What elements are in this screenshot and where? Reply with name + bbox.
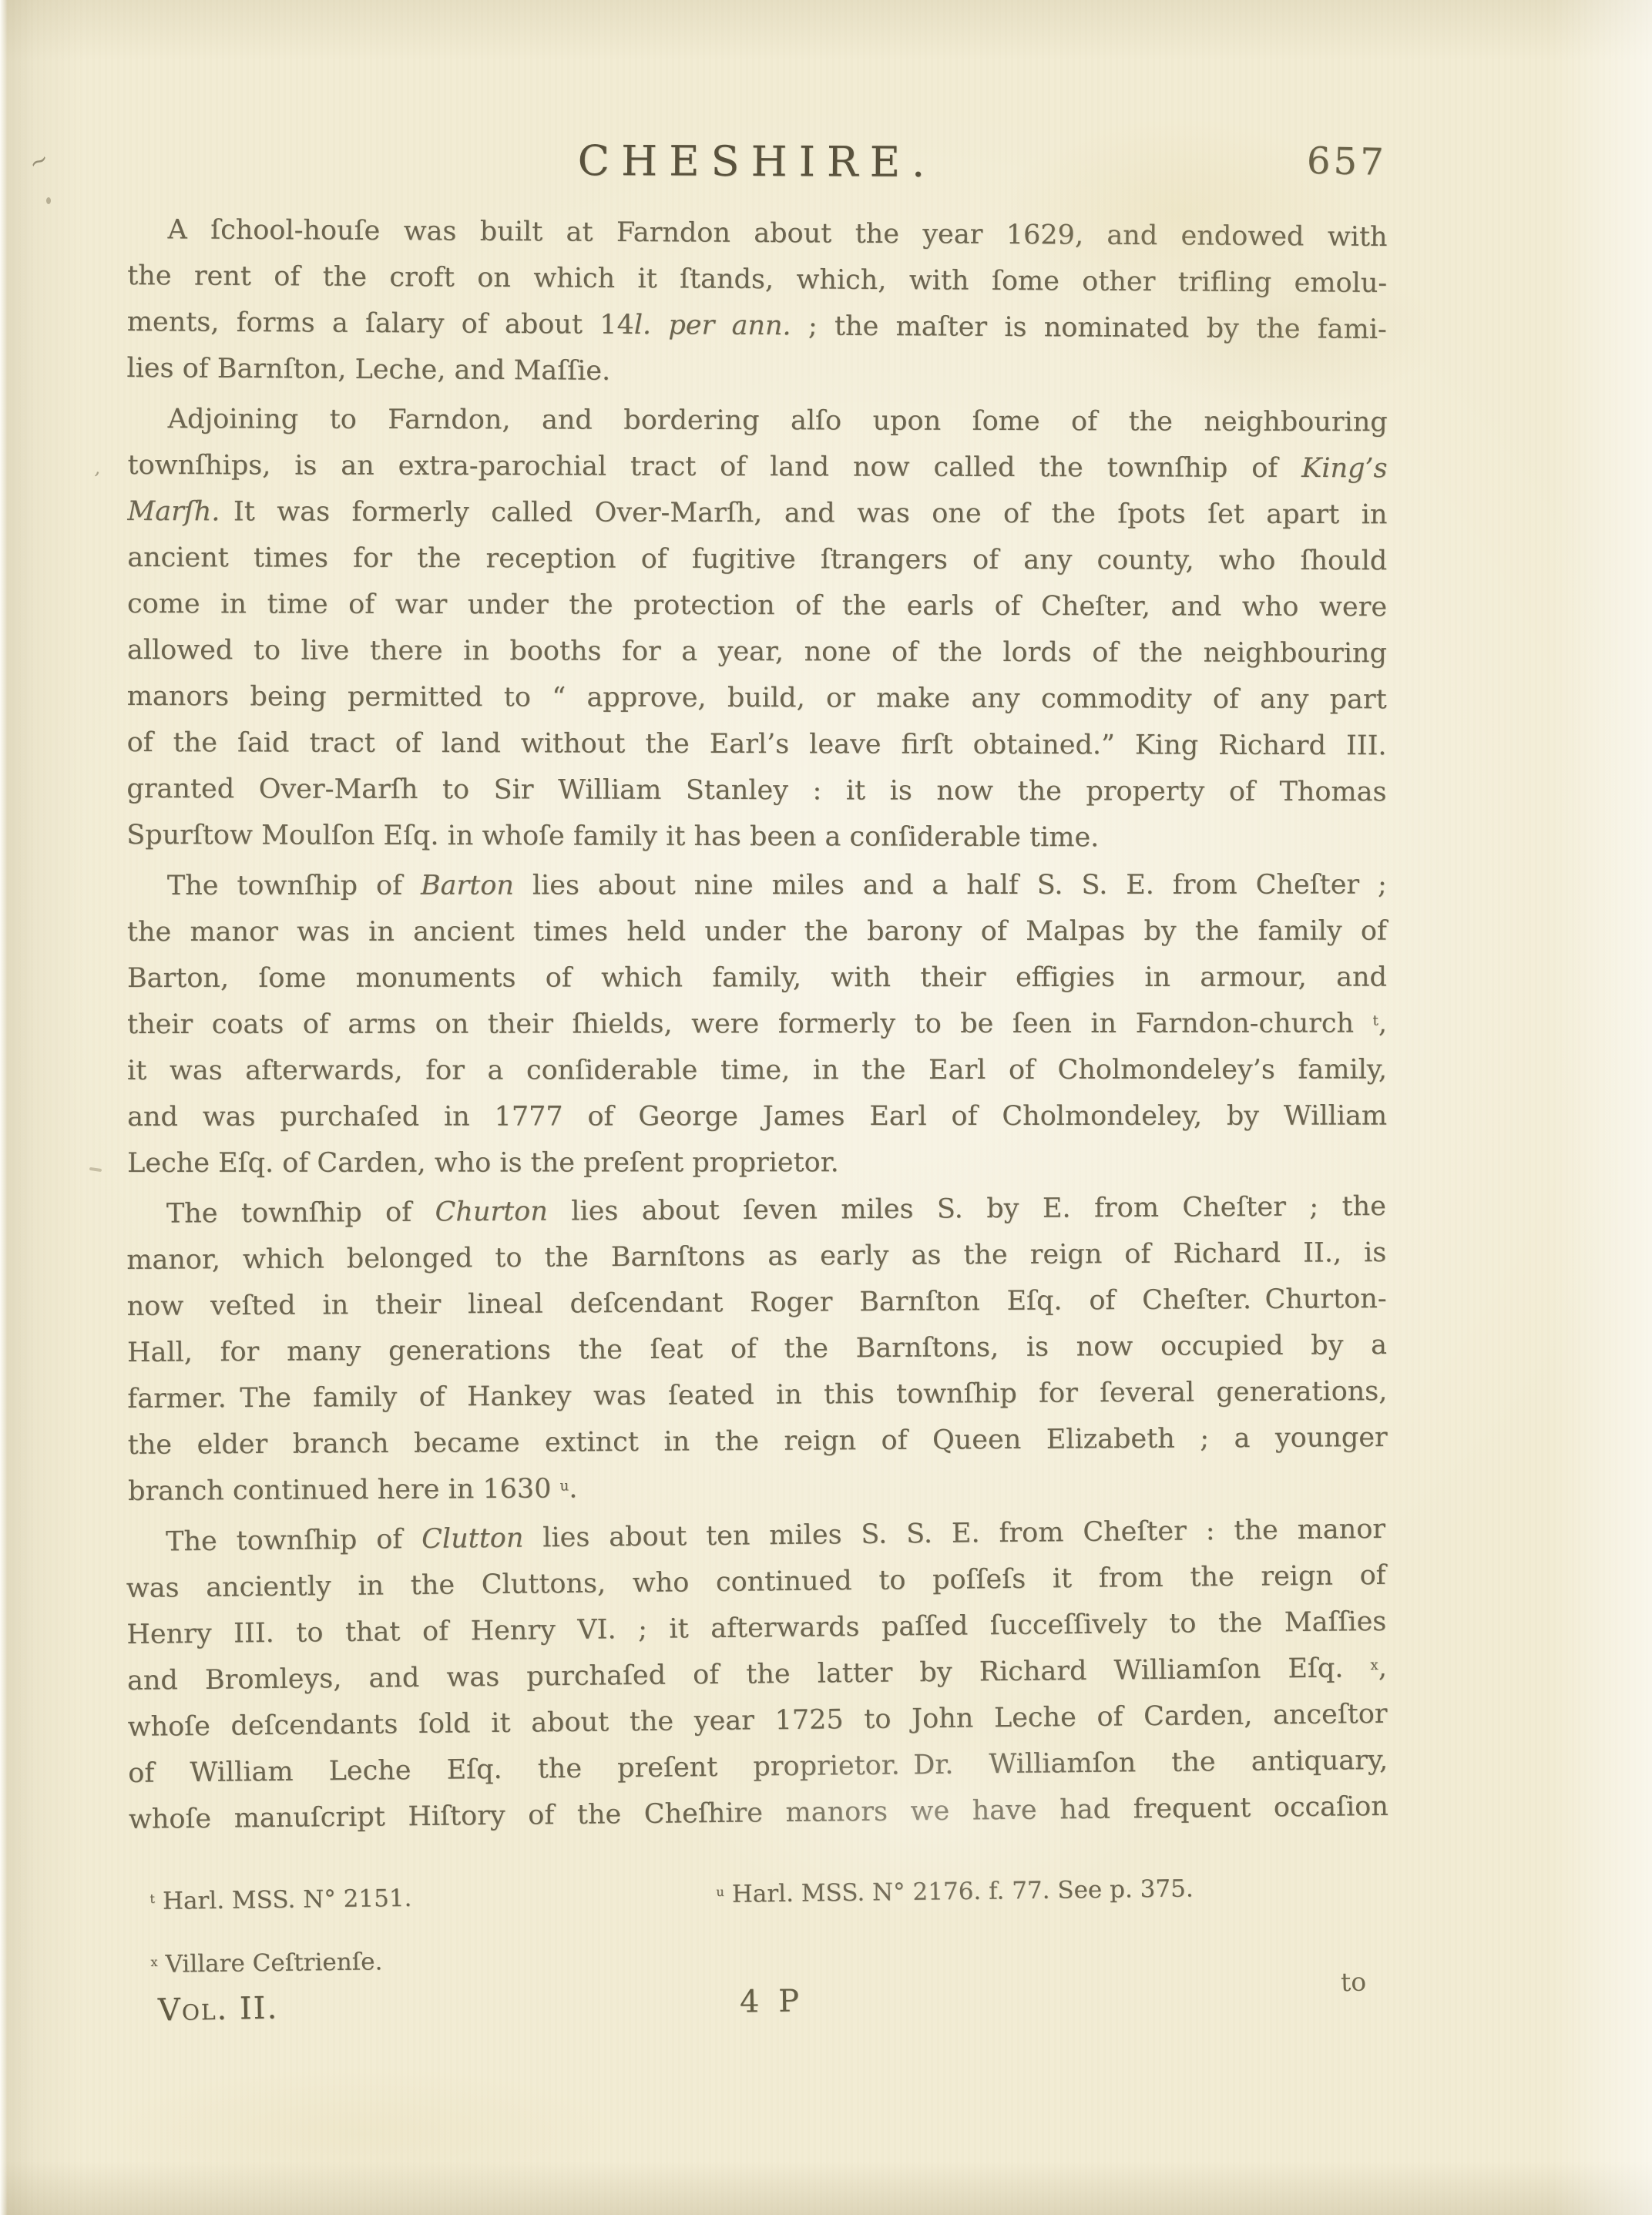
text-line: lies of Barnſton, Leche, and Maſſie. xyxy=(126,345,1386,399)
text-segment: Spurſtow Moulſon Eſq. in whoſe family it… xyxy=(126,820,1099,853)
text-line: Spurſtow Moulſon Eſq. in whoſe family it… xyxy=(126,812,1386,861)
text-segment: the rent of the croft on which it ſtands… xyxy=(127,260,1387,299)
text-line: now veſted in their lineal deſcendant Ro… xyxy=(126,1276,1386,1330)
footnotes: tHarl. MSS. N° 2151.uHarl. MSS. N° 2176.… xyxy=(149,1871,1337,1980)
text-line: branch continued here in 1630 u. xyxy=(128,1461,1388,1515)
footnote-marker: u xyxy=(716,1884,724,1899)
text-segment: Barton, ſome monuments of which family, … xyxy=(127,962,1387,994)
text-line: farmer. The family of Hankey was ſeated … xyxy=(127,1368,1387,1422)
text-segment: Clutton xyxy=(421,1523,524,1555)
paragraph: The townſhip of Churton lies about ſeven… xyxy=(126,1183,1388,1515)
text-segment: branch continued here in 1630 xyxy=(128,1474,560,1507)
footnote: tHarl. MSS. N° 2151. xyxy=(149,1879,716,1917)
text-line: the rent of the croft on which it ſtands… xyxy=(127,253,1387,307)
text-line: Leche Eſq. of Carden, who is the preſent… xyxy=(127,1139,1387,1186)
text-segment: their coats of arms on their ſhields, we… xyxy=(127,1008,1373,1040)
text-line: Barton, ſome monuments of which family, … xyxy=(127,955,1387,1002)
text-line: of the ſaid tract of land without the Ea… xyxy=(127,720,1387,769)
footnote: uHarl. MSS. N° 2176. f. 77. See p. 375. xyxy=(716,1873,1194,1910)
text-line: Hall, for many generations the ſeat of t… xyxy=(127,1322,1387,1376)
text-line: Adjoining to Farndon, and bordering alſo… xyxy=(128,396,1388,445)
text-line: A ſchool-houſe was built at Farndon abou… xyxy=(127,206,1387,260)
text-segment: was anciently in the Cluttons, who conti… xyxy=(126,1560,1386,1604)
text-line: the elder branch became extinct in the r… xyxy=(128,1415,1388,1468)
paragraph: The townſhip of Clutton lies about ten m… xyxy=(126,1506,1388,1843)
text-segment: l. per ann. xyxy=(634,310,791,341)
paragraph: A ſchool-houſe was built at Farndon abou… xyxy=(126,206,1387,399)
paper-stain xyxy=(92,2065,632,2203)
ink-speck: ’ xyxy=(90,468,101,492)
text-line: and was purchaſed in 1777 of George Jame… xyxy=(127,1093,1387,1140)
text-segment: the elder branch became extinct in the r… xyxy=(128,1422,1388,1461)
footnote-text: Harl. MSS. N° 2176. f. 77. See p. 375. xyxy=(732,1874,1194,1908)
text-segment: Barton xyxy=(421,871,514,901)
text-segment: granted Over-Marſh to Sir William Stanle… xyxy=(126,774,1386,807)
page-number: 657 xyxy=(1306,139,1399,185)
text-line: come in time of war under the protection… xyxy=(127,581,1387,630)
signature-mark: 4 P xyxy=(740,1983,804,2019)
footnote-reference: u xyxy=(560,1478,569,1494)
text-segment: ments, forms a ſalary of about 14 xyxy=(127,307,634,341)
text-segment: whoſe manuſcript Hiſtory of the Cheſhire… xyxy=(129,1791,1388,1835)
ink-speck: ~ xyxy=(24,145,54,178)
text-segment: and Bromleys, and was purchaſed of the l… xyxy=(127,1653,1371,1696)
footnote-reference: t xyxy=(1373,1012,1378,1029)
text-line: The townſhip of Barton lies about nine m… xyxy=(127,862,1387,909)
page-header: CHESHIRE. xyxy=(127,134,1387,188)
text-segment: Henry III. to that of Henry VI. ; it aft… xyxy=(126,1606,1386,1650)
text-segment: of the ſaid tract of land without the Ea… xyxy=(127,727,1387,761)
text-segment: A ſchool-houſe was built at Farndon abou… xyxy=(127,214,1387,253)
text-line: Marſh. It was formerly called Over-Marſh… xyxy=(127,488,1387,538)
text-segment: It was formerly called Over-Marſh, and w… xyxy=(220,496,1387,530)
text-line: their coats of arms on their ſhields, we… xyxy=(127,1001,1387,1048)
paragraph: Adjoining to Farndon, and bordering alſo… xyxy=(126,396,1388,861)
text-segment: Leche Eſq. of Carden, who is the preſent… xyxy=(127,1147,839,1179)
page-title: CHESHIRE. xyxy=(578,136,937,186)
text-line: ancient times for the reception of fugit… xyxy=(127,535,1387,584)
footnote-text: Harl. MSS. N° 2151. xyxy=(163,1884,412,1915)
text-segment: lies about nine miles and a half S. S. E… xyxy=(514,870,1387,901)
text-segment: manor, which belonged to the Barnſtons a… xyxy=(126,1237,1386,1276)
text-segment: now veſted in their lineal deſcendant Ro… xyxy=(127,1284,1387,1322)
footnote-reference: x xyxy=(1370,1657,1378,1673)
text-segment: of William Leche Eſq. the preſent propri… xyxy=(128,1745,1388,1789)
text-segment: it was afterwards, for a conſiderable ti… xyxy=(127,1055,1387,1086)
footnote-row: xVillare Ceſtrienſe. xyxy=(150,1935,1337,1980)
footnote-text: Villare Ceſtrienſe. xyxy=(165,1948,382,1978)
text-segment: allowed to live there in booths for a ye… xyxy=(127,635,1387,669)
footnote-marker: t xyxy=(149,1891,155,1906)
page-body-text: A ſchool-houſe was built at Farndon abou… xyxy=(127,206,1387,1843)
ink-speck xyxy=(46,197,51,204)
text-segment: , xyxy=(1378,1653,1388,1683)
text-segment: King’s xyxy=(1301,453,1387,484)
footnote: xVillare Ceſtrienſe. xyxy=(150,1942,717,1980)
text-line: it was afterwards, for a conſiderable ti… xyxy=(127,1047,1387,1094)
text-segment: The townſhip of xyxy=(126,1524,421,1558)
book-page: CHESHIRE. 657 A ſchool-houſe was built a… xyxy=(0,0,1652,2215)
text-line: The townſhip of Churton lies about ſeven… xyxy=(126,1183,1386,1237)
footnote-row: tHarl. MSS. N° 2151.uHarl. MSS. N° 2176.… xyxy=(149,1871,1336,1917)
text-line: townſhips, is an extra-parochial tract o… xyxy=(127,442,1387,492)
text-segment: Adjoining to Farndon, and bordering alſo… xyxy=(128,404,1388,438)
footnote-marker: x xyxy=(150,1955,157,1969)
paragraph: The townſhip of Barton lies about nine m… xyxy=(127,862,1387,1186)
text-segment: The townſhip of xyxy=(126,1197,435,1230)
text-segment: The townſhip of xyxy=(127,871,421,901)
text-segment: and was purchaſed in 1777 of George Jame… xyxy=(127,1101,1387,1133)
text-segment: lies about ten miles S. S. E. from Cheſt… xyxy=(523,1514,1385,1554)
text-segment: manors being permitted to “ approve, bui… xyxy=(127,681,1387,715)
text-line: granted Over-Marſh to Sir William Stanle… xyxy=(126,766,1386,815)
text-line: allowed to live there in booths for a ye… xyxy=(127,627,1387,676)
text-segment: the manor was in ancient times held unde… xyxy=(127,916,1387,948)
text-segment: Hall, for many generations the ſeat of t… xyxy=(127,1330,1387,1368)
text-segment: lies of Barnſton, Leche, and Maſſie. xyxy=(126,353,610,387)
volume-label: Vol. II. xyxy=(158,1991,279,2029)
text-line: manor, which belonged to the Barnſtons a… xyxy=(126,1230,1386,1284)
text-line: ments, forms a ſalary of about 14l. per … xyxy=(127,299,1387,353)
text-segment: townſhips, is an extra-parochial tract o… xyxy=(127,450,1301,484)
text-segment: lies about ſeven miles S. by E. from Che… xyxy=(548,1191,1386,1227)
text-line: manors being permitted to “ approve, bui… xyxy=(127,673,1387,723)
text-segment: ; the maſter is nominated by the fami- xyxy=(791,310,1386,345)
text-segment: come in time of war under the protection… xyxy=(127,589,1387,623)
text-segment: . xyxy=(569,1473,577,1504)
text-segment: Churton xyxy=(435,1196,548,1228)
text-segment: Marſh. xyxy=(127,496,220,527)
text-segment: whoſe deſcendants ſold it about the year… xyxy=(127,1699,1387,1743)
text-line: the manor was in ancient times held unde… xyxy=(127,908,1387,955)
text-segment: farmer. The family of Hankey was ſeated … xyxy=(127,1376,1387,1415)
ink-speck xyxy=(89,1167,102,1172)
text-segment: , xyxy=(1378,1008,1387,1039)
text-segment: ancient times for the reception of fugit… xyxy=(127,542,1387,576)
catchword: to xyxy=(1341,1967,1367,1998)
